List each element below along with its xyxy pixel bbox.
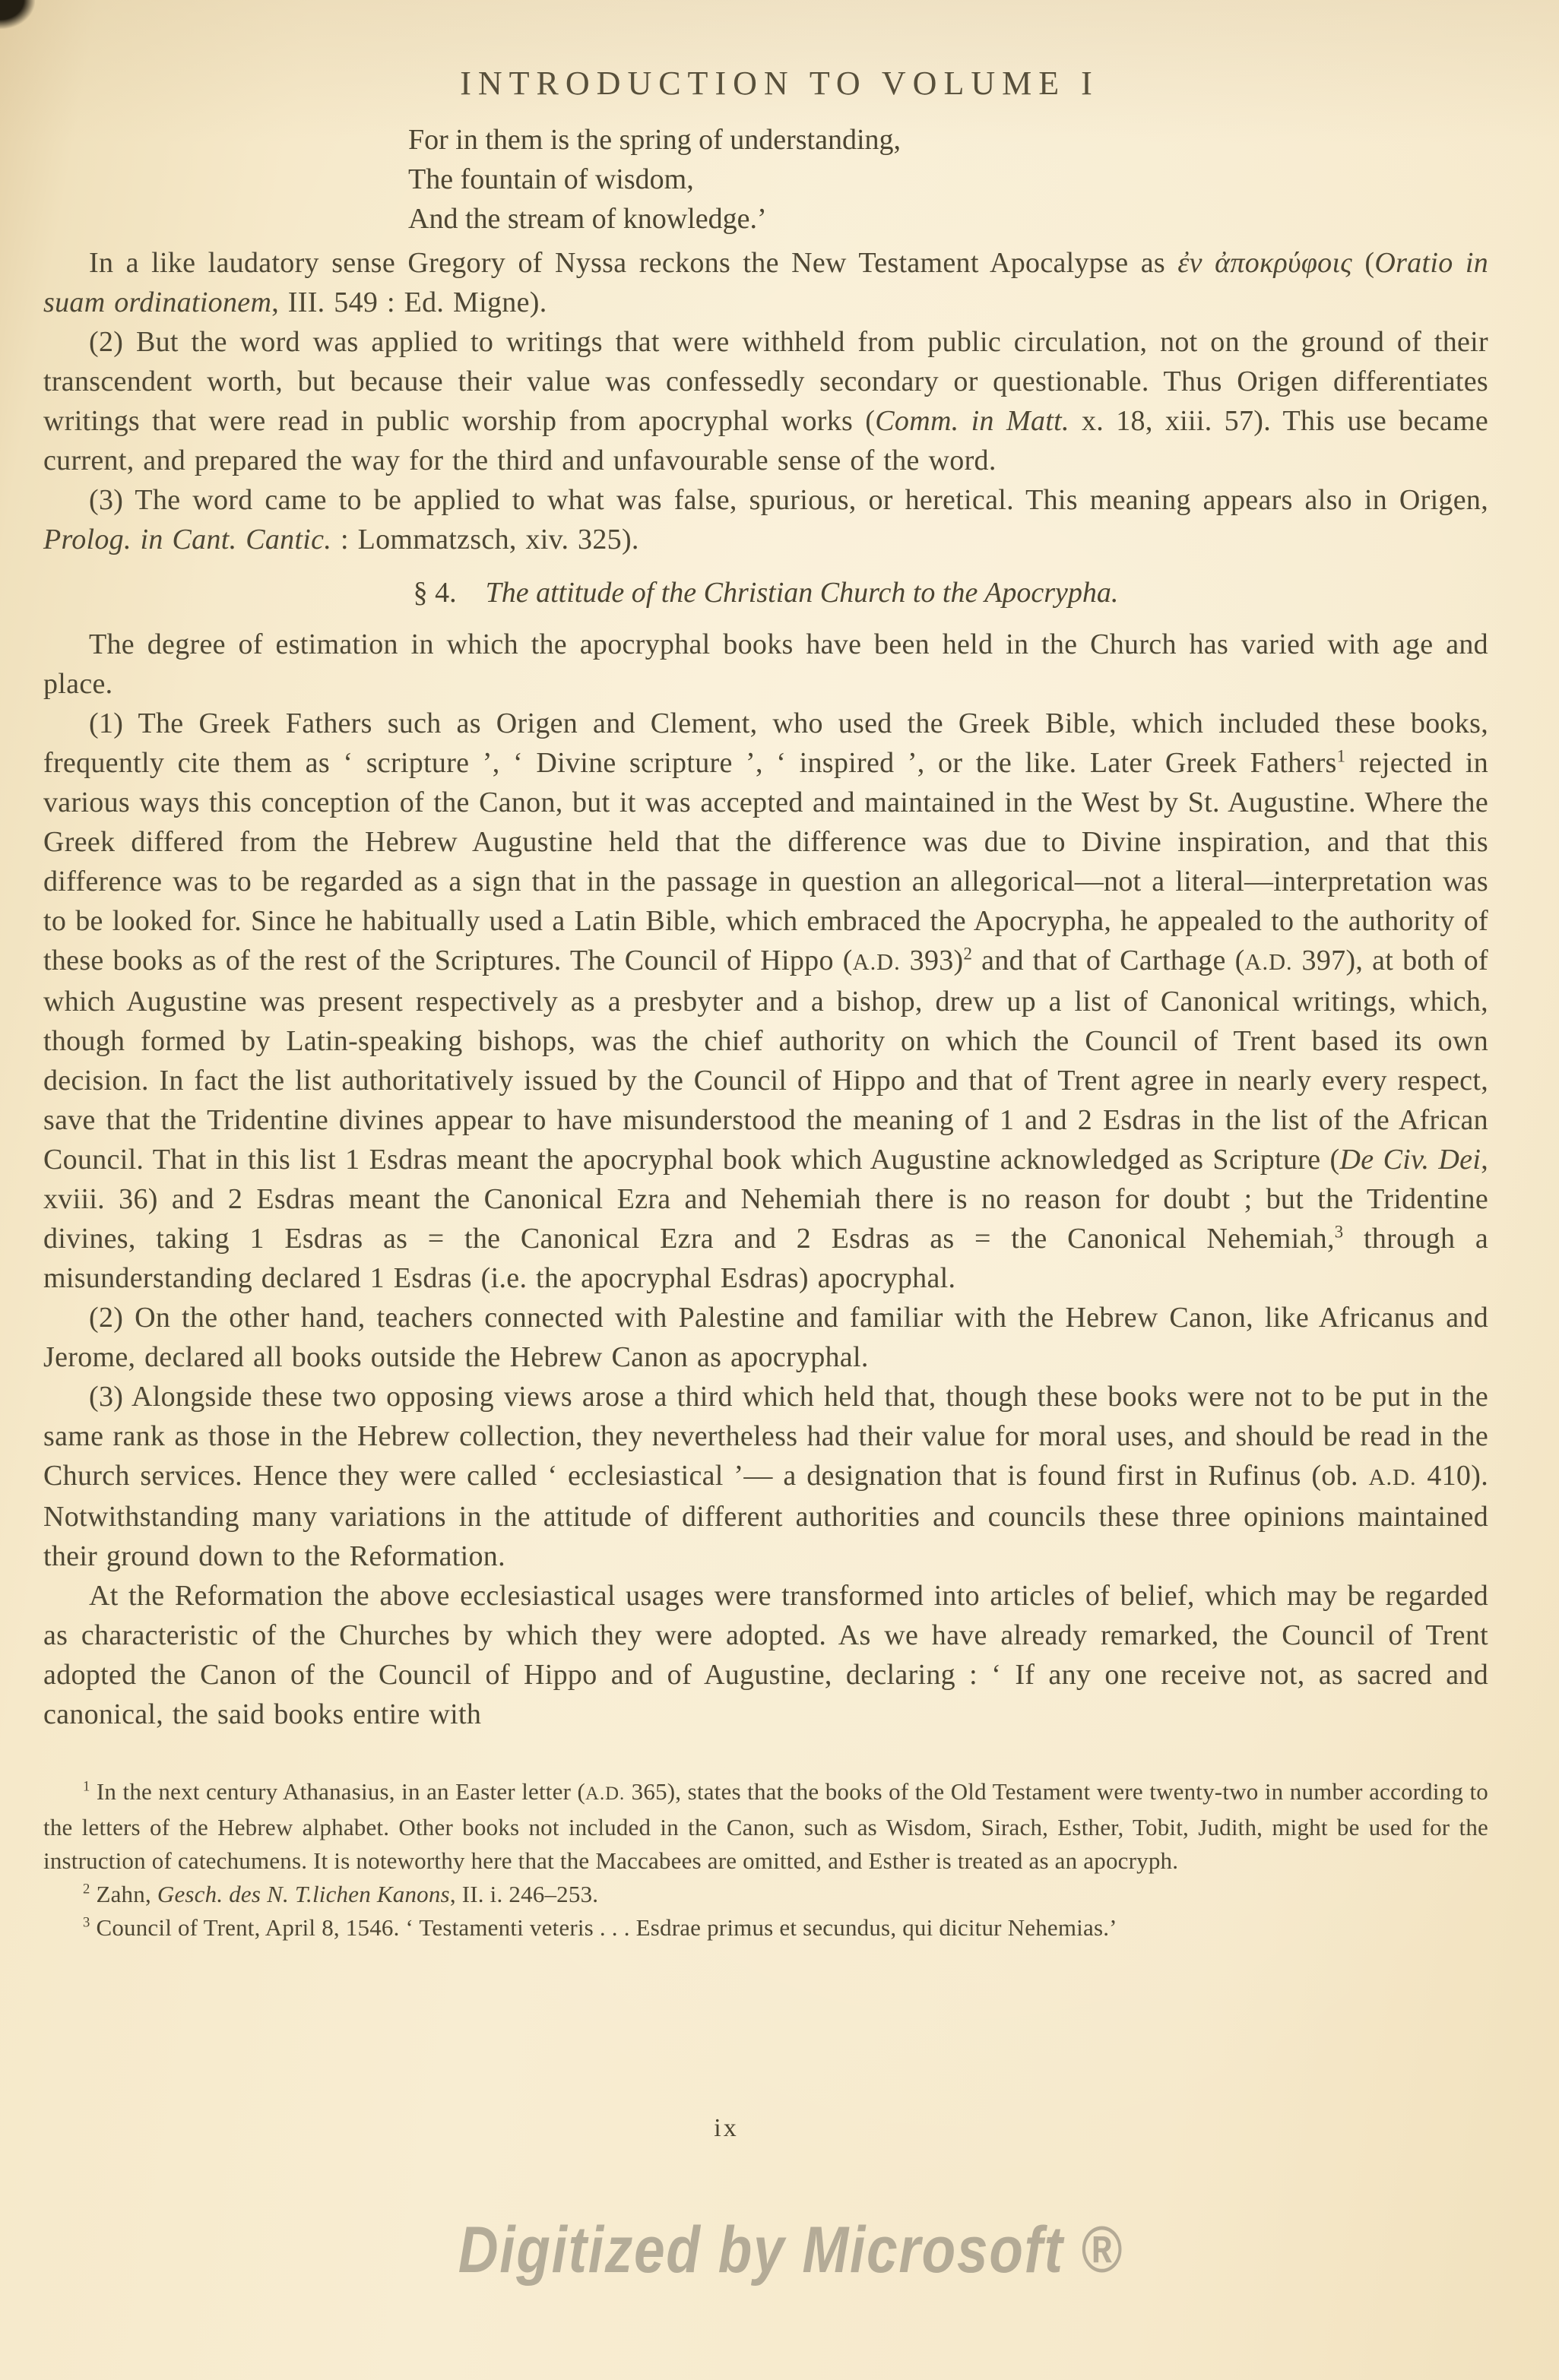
epigraph: For in them is the spring of understandi… (408, 120, 901, 239)
paragraph: (2) But the word was applied to writings… (43, 322, 1488, 480)
paragraph: (1) The Greek Fathers such as Origen and… (43, 704, 1488, 1298)
section-title: The attitude of the Christian Church to … (486, 577, 1119, 609)
paragraph: (3) Alongside these two opposing views a… (43, 1377, 1488, 1576)
epigraph-line: For in them is the spring of understandi… (408, 120, 901, 160)
book-page: INTRODUCTION TO VOLUME I For in them is … (0, 0, 1559, 2380)
section-heading: § 4. The attitude of the Christian Churc… (43, 573, 1488, 612)
section-number: § 4. (414, 577, 457, 609)
footnote: 3 Council of Trent, April 8, 1546. ‘ Tes… (43, 1911, 1488, 1945)
footnote: 2 Zahn, Gesch. des N. T.lichen Kanons, I… (43, 1878, 1488, 1911)
paragraph: The degree of estimation in which the ap… (43, 625, 1488, 704)
epigraph-line: The fountain of wisdom, (408, 160, 901, 199)
paragraph: (3) The word came to be applied to what … (43, 480, 1488, 559)
paragraph: (2) On the other hand, teachers connecte… (43, 1298, 1488, 1377)
body-text: In a like laudatory sense Gregory of Nys… (43, 243, 1488, 1945)
footnotes: 1 In the next century Athanasius, in an … (43, 1775, 1488, 1945)
footnote: 1 In the next century Athanasius, in an … (43, 1775, 1488, 1878)
digitization-watermark: Digitized by Microsoft ® (458, 2213, 1122, 2288)
epigraph-line: And the stream of knowledge.’ (408, 199, 901, 239)
paragraph: In a like laudatory sense Gregory of Nys… (43, 243, 1488, 322)
scan-corner-artifact (0, 0, 35, 29)
page-title: INTRODUCTION TO VOLUME I (0, 64, 1559, 103)
page-number: ix (0, 2114, 1453, 2143)
paragraph: At the Reformation the above ecclesiasti… (43, 1576, 1488, 1734)
